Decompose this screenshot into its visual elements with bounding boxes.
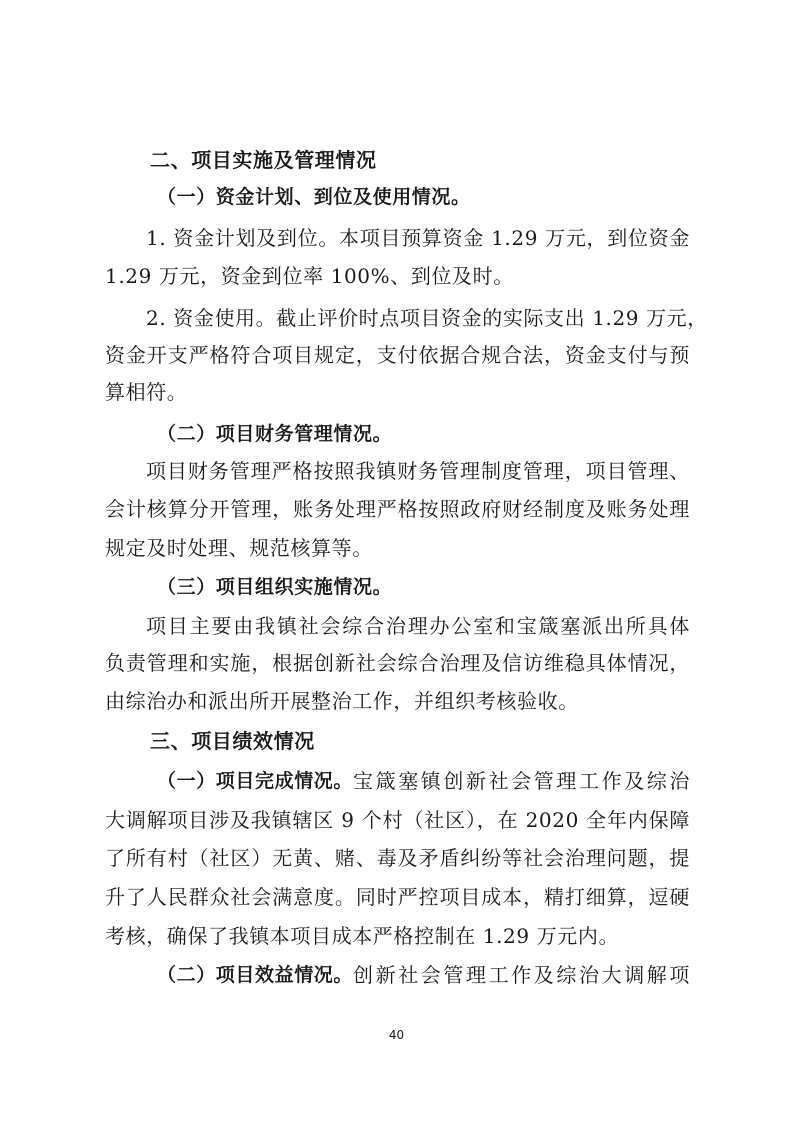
paragraph-line: 升了人民群众社会满意度。同时严控项目成本，精打细算，逗硬 <box>105 881 690 913</box>
inline-heading: （一）项目完成情况。 <box>157 765 353 797</box>
section-heading-2: 二、项目实施及管理情况 <box>150 144 735 176</box>
paragraph-text: 创新社会管理工作及综治大调解项 <box>353 959 690 991</box>
subsection-heading-2: （二）项目财务管理情况。 <box>157 418 742 450</box>
paragraph-line: 2. 资金使用。截止评价时点项目资金的实际支出 1.29 万元， <box>146 302 690 334</box>
paragraph-line: 1.29 万元，资金到位率 100%、到位及时。 <box>105 260 690 292</box>
section-heading-3: 三、项目绩效情况 <box>150 725 735 757</box>
paragraph-line: 1. 资金计划及到位。本项目预算资金 1.29 万元，到位资金 <box>146 222 690 254</box>
paragraph-line-lead: （一）项目完成情况。 宝箴塞镇创新社会管理工作及综治 <box>157 765 690 797</box>
paragraph-line: 规定及时处理、规范核算等。 <box>105 532 690 564</box>
paragraph-line: 考核，确保了我镇本项目成本严格控制在 1.29 万元内。 <box>105 920 690 952</box>
paragraph-line: 了所有村（社区）无黄、赌、毒及矛盾纠纷等社会治理问题，提 <box>105 842 690 874</box>
paragraph-line: 负责管理和实施，根据创新社会综合治理及信访维稳具体情况， <box>105 647 690 679</box>
paragraph-text: 宝箴塞镇创新社会管理工作及综治 <box>353 765 690 797</box>
subsection-heading-1: （一）资金计划、到位及使用情况。 <box>157 181 742 213</box>
paragraph-line-lead: （二）项目效益情况。 创新社会管理工作及综治大调解项 <box>157 959 690 991</box>
paragraph-line: 项目主要由我镇社会综合治理办公室和宝箴塞派出所具体 <box>146 610 690 642</box>
paragraph-line: 资金开支严格符合项目规定，支付依据合规合法，资金支付与预 <box>105 339 690 371</box>
paragraph-line: 会计核算分开管理，账务处理严格按照政府财经制度及账务处理 <box>105 493 690 525</box>
paragraph-line: 算相符。 <box>105 376 690 408</box>
paragraph-line: 项目财务管理严格按照我镇财务管理制度管理，项目管理、 <box>146 455 690 487</box>
paragraph-line: 大调解项目涉及我镇辖区 9 个村（社区），在 2020 全年内保障 <box>105 804 690 836</box>
page-number: 40 <box>0 1028 793 1042</box>
subsection-heading-3: （三）项目组织实施情况。 <box>157 571 742 603</box>
paragraph-line: 由综治办和派出所开展整治工作，并组织考核验收。 <box>105 685 690 717</box>
inline-heading: （二）项目效益情况。 <box>157 959 353 991</box>
